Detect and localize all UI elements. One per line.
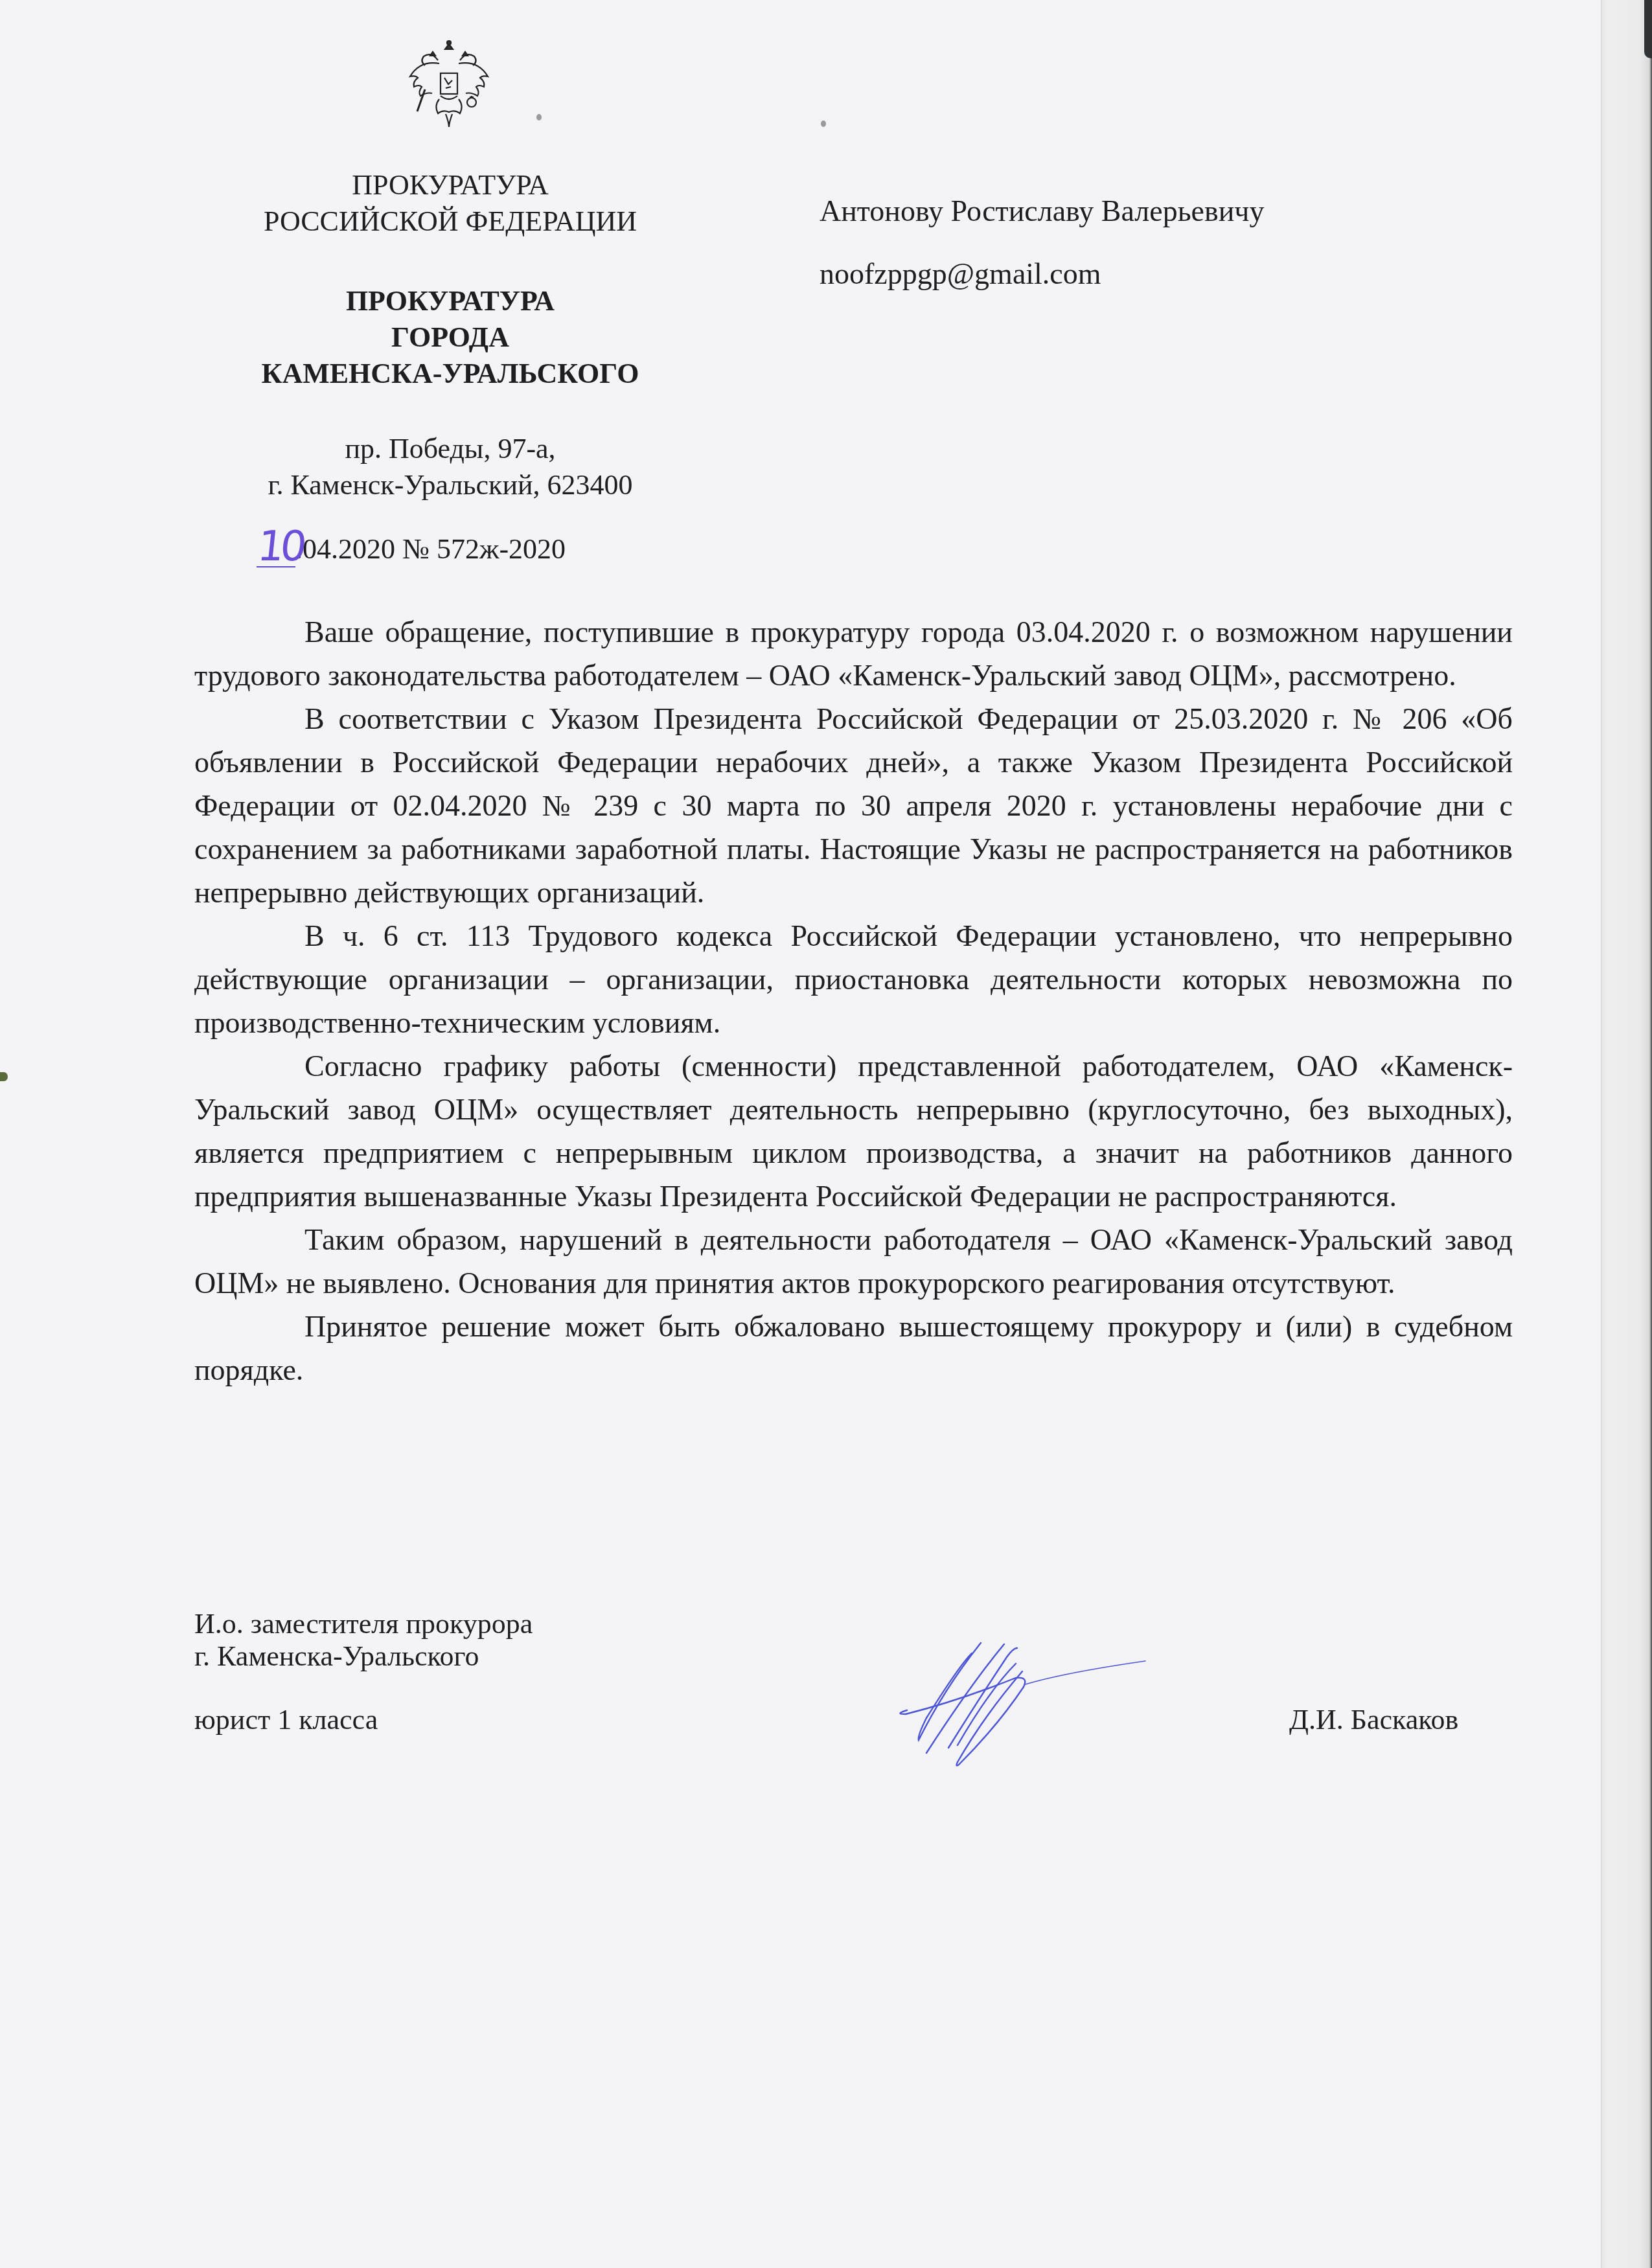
body-paragraph: Таким образом, нарушений в деятельности … — [194, 1218, 1513, 1305]
recipient-name: Антонову Ростиславу Валерьевичу — [820, 193, 1265, 229]
body-paragraph: В ч. 6 ст. 113 Трудового кодекса Российс… — [194, 914, 1513, 1044]
outgoing-number: 10.04.2020 № 572ж-2020 — [257, 530, 566, 567]
office-line: ГОРОДА — [194, 319, 706, 356]
issuer-address: пр. Победы, 97-а, г. Каменск-Уральский, … — [194, 431, 706, 503]
signatory-position: И.о. заместителя прокурора г. Каменска-У… — [194, 1608, 533, 1673]
outgoing-date-number: .04.2020 № 572ж-2020 — [295, 533, 566, 565]
scanned-page-edge — [1601, 0, 1652, 2268]
signatory-name: Д.И. Баскаков — [1289, 1704, 1458, 1736]
letter-body: Ваше обращение, поступившие в прокуратур… — [194, 610, 1513, 1392]
position-line: г. Каменска-Уральского — [194, 1640, 533, 1673]
address-line: г. Каменск-Уральский, 623400 — [194, 467, 706, 503]
office-line: ПРОКУРАТУРА — [194, 283, 706, 319]
scan-speck — [821, 120, 826, 127]
scan-border-corner — [1644, 0, 1652, 58]
scan-edge-mark — [0, 1072, 8, 1081]
body-paragraph: Ваше обращение, поступившие в прокуратур… — [194, 610, 1513, 697]
double-headed-eagle-emblem-icon — [400, 38, 498, 135]
issuer-office: ПРОКУРАТУРА ГОРОДА КАМЕНСКА-УРАЛЬСКОГО — [194, 283, 706, 392]
signatory-rank: юрист 1 класса — [194, 1704, 378, 1736]
recipient-email: noofzppgp@gmail.com — [820, 256, 1101, 292]
org-line: ПРОКУРАТУРА — [194, 167, 706, 203]
scan-speck — [536, 114, 542, 120]
office-line: КАМЕНСКА-УРАЛЬСКОГО — [194, 356, 706, 392]
handwritten-signature-icon — [868, 1632, 1153, 1775]
handwritten-date-day: 10 — [257, 530, 295, 567]
org-line: РОССИЙСКОЙ ФЕДЕРАЦИИ — [194, 203, 706, 240]
body-paragraph: В соответствии с Указом Президента Росси… — [194, 697, 1513, 914]
body-paragraph: Согласно графику работы (сменности) пред… — [194, 1044, 1513, 1218]
issuer-organization: ПРОКУРАТУРА РОССИЙСКОЙ ФЕДЕРАЦИИ — [194, 167, 706, 240]
body-paragraph: Принятое решение может быть обжаловано в… — [194, 1305, 1513, 1392]
position-line: И.о. заместителя прокурора — [194, 1608, 533, 1640]
address-line: пр. Победы, 97-а, — [194, 431, 706, 467]
